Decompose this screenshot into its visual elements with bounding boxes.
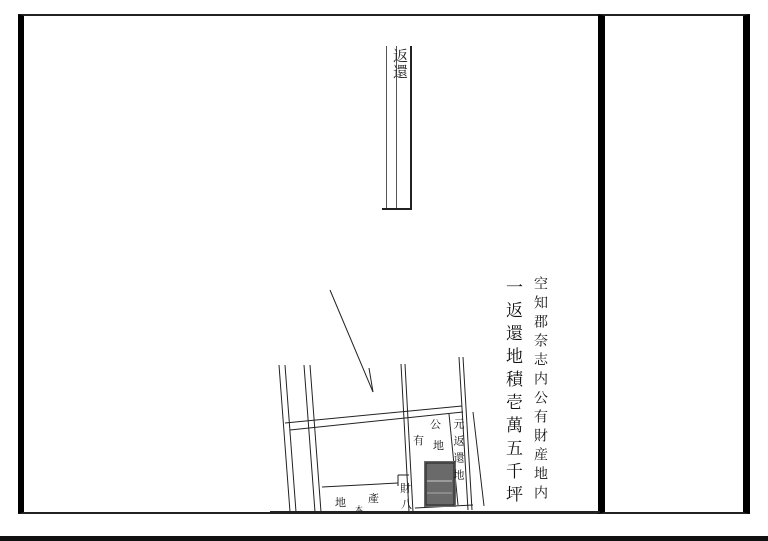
map-label-returned-land: 元返還地 [450,418,466,486]
map-label-mark: 地 [433,437,444,453]
map-label-property-1: 財 [400,480,411,496]
map-label-property-2: 八 [401,496,412,512]
map-label-estate-2: 產 [368,490,379,506]
map-label-estate-1: 地 [335,494,346,510]
map-label-bottom: 本 [355,504,363,515]
map-label-public: 公 [430,416,441,432]
land-map [0,0,768,541]
map-label-has: 有 [413,432,424,448]
